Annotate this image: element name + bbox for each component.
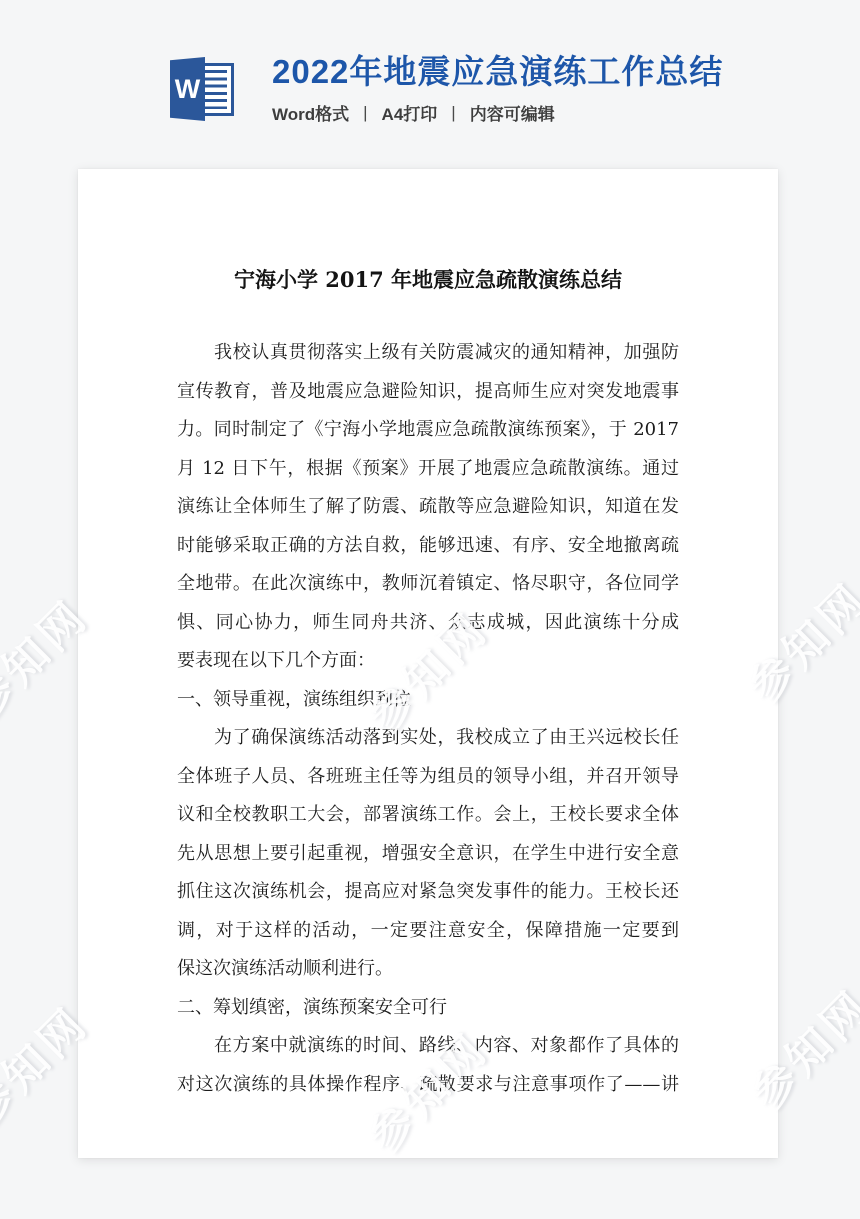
header-text: 2022年地震应急演练工作总结 Word格式 | A4打印 | 内容可编辑 (272, 53, 723, 125)
word-icon-w-cover: W (170, 57, 205, 121)
document-line: 月 12 日下午，根据《预案》开展了地震应急疏散演练。通过此次的 (177, 450, 679, 489)
document-line: 要表现在以下几个方面： (177, 642, 679, 681)
document-body: 我校认真贯彻落实上级有关防震减灾的通知精神，加强防震减灾宣传教育，普及地震应急避… (177, 334, 679, 1104)
document-line: 力。同时制定了《宁海小学地震应急疏散演练预案》，于 2017 年 5 (177, 411, 679, 450)
document-line: 保这次演练活动顺利进行。 (177, 950, 679, 989)
document-line: 调，对于这样的活动，一定要注意安全，保障措施一定要到位，以确 (177, 912, 679, 951)
document-line: 全体班子人员、各班班主任等为组员的领导小组，并召开领导小组会 (177, 758, 679, 797)
document-line: 对这次演练的具体操作程序、疏散要求与注意事项作了——讲解。为 (177, 1066, 679, 1105)
document-line: 惧、同心协力，师生同舟共济、众志成城，因此演练十分成功。这主 (177, 604, 679, 643)
document-line: 在方案中就演练的时间、路线、内容、对象都作了具体的说明。 (177, 1027, 679, 1066)
document-page: 宁海小学 2017 年地震应急疏散演练总结 我校认真贯彻落实上级有关防震减灾的通… (78, 169, 778, 1158)
document-line: 抓住这次演练机会，提高应对紧急突发事件的能力。王校长还着重强 (177, 873, 679, 912)
page-title: 2022年地震应急演练工作总结 (272, 53, 723, 91)
document-line: 为了确保演练活动落到实处，我校成立了由王兴远校长任组长， (177, 719, 679, 758)
header: W 2022年地震应急演练工作总结 Word格式 | A4打印 | 内容可编辑 (170, 53, 723, 125)
meta-separator: | (451, 103, 455, 123)
meta-format: Word格式 (272, 100, 349, 125)
meta-separator: | (363, 103, 367, 123)
meta-print: A4打印 (382, 100, 438, 125)
word-file-icon: W (170, 57, 234, 121)
document-title: 宁海小学 2017 年地震应急疏散演练总结 (78, 264, 778, 294)
document-line: 演练让全体师生了解了防震、疏散等应急避险知识，知道在发生地震 (177, 488, 679, 527)
document-line: 一、领导重视，演练组织到位 (177, 681, 679, 720)
meta-editable: 内容可编辑 (470, 100, 555, 125)
document-line: 议和全校教职工大会，部署演练工作。会上，王校长要求全体教师首 (177, 796, 679, 835)
document-line: 宣传教育，普及地震应急避险知识，提高师生应对突发地震事件的能 (177, 373, 679, 412)
document-line: 全地带。在此次演练中，教师沉着镇定、恪尽职守，各位同学临危不 (177, 565, 679, 604)
file-meta: Word格式 | A4打印 | 内容可编辑 (272, 100, 723, 125)
document-line: 先从思想上要引起重视，增强安全意识，在学生中进行安全意识教育， (177, 835, 679, 874)
document-line: 二、筹划缜密，演练预案安全可行 (177, 989, 679, 1028)
document-line: 时能够采取正确的方法自救，能够迅速、有序、安全地撤离疏散到安 (177, 527, 679, 566)
document-line: 我校认真贯彻落实上级有关防震减灾的通知精神，加强防震减灾 (177, 334, 679, 373)
